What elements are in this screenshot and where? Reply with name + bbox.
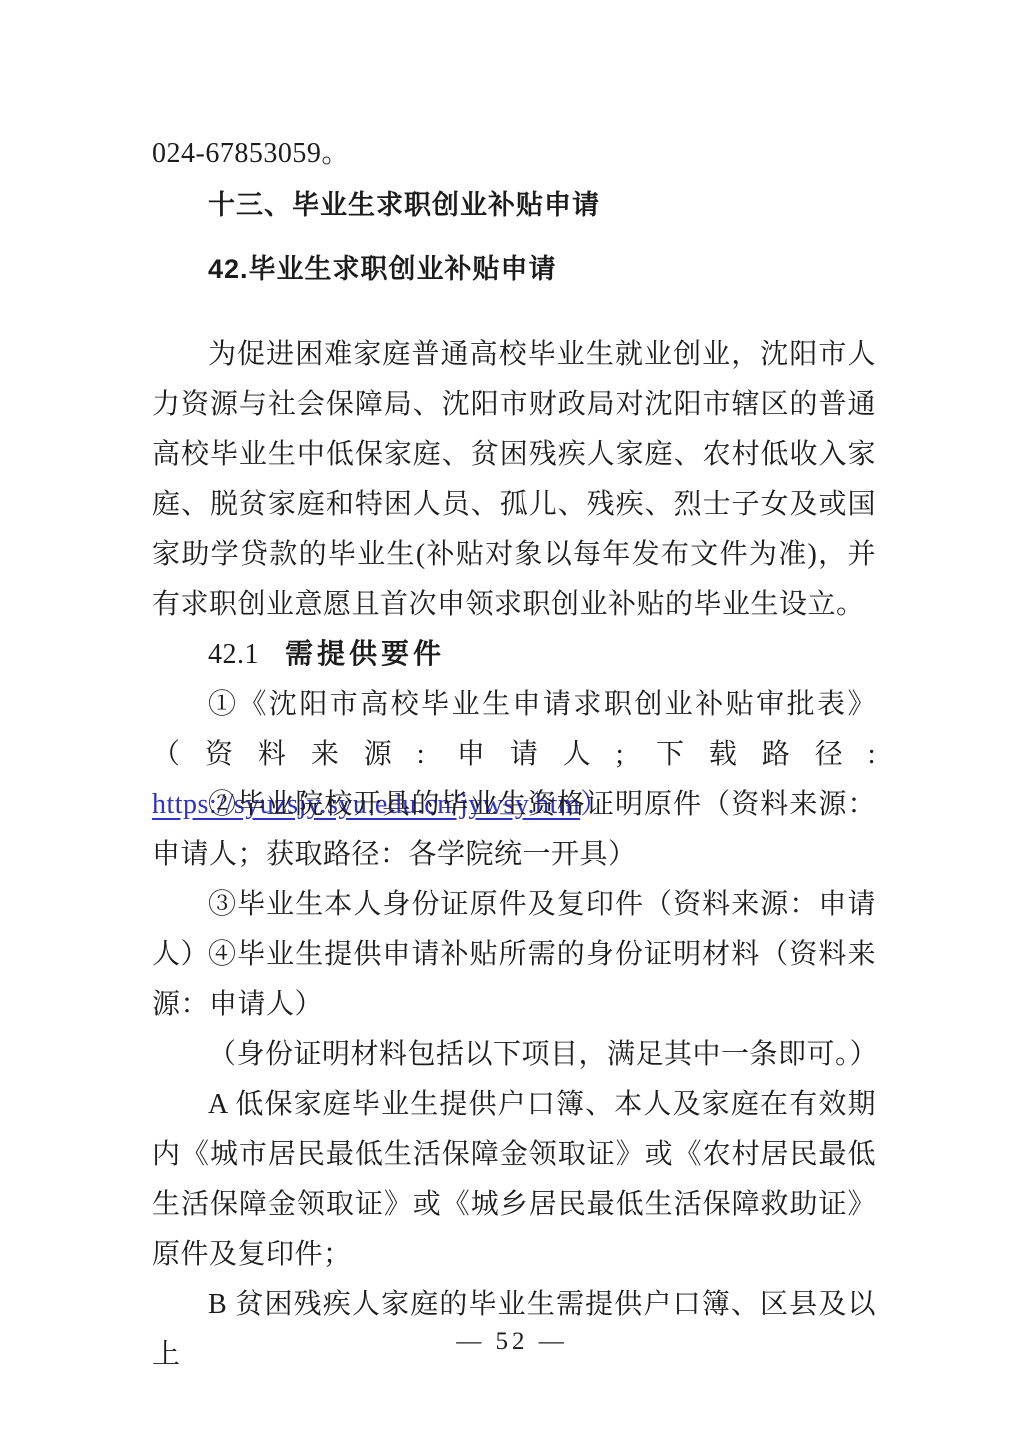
requirement-item-2: ②毕业院校开具的毕业生资格证明原件（资料来源：申请人；获取路径：各学院统一开具） xyxy=(152,780,876,880)
requirement-item-4: ④毕业生提供申请补贴所需的身份证明材料（资料来源：申请人） xyxy=(152,930,876,1030)
page-number: — 52 — xyxy=(0,1322,1024,1362)
document-page: 024-67853059。 十三、毕业生求职创业补贴申请 42.毕业生求职创业补… xyxy=(0,0,1024,1448)
intro-paragraph: 为促进困难家庭普通高校毕业生就业创业，沈阳市人力资源与社会保障局、沈阳市财政局对… xyxy=(152,330,876,630)
phone-line: 024-67853059。 xyxy=(152,129,876,179)
subsection-number: 42.1 xyxy=(208,639,259,670)
article-heading: 42.毕业生求职创业补贴申请 xyxy=(152,244,932,294)
requirement-1-text: ①《沈阳市高校毕业生申请求职创业补贴审批表》（资料来源: 申请人; 下载路径: xyxy=(152,689,876,770)
note-line: （身份证明材料包括以下项目，满足其中一条即可。） xyxy=(152,1030,876,1080)
chapter-heading: 十三、毕业生求职创业补贴申请 xyxy=(152,180,932,230)
subsection-title: 需提供要件 xyxy=(285,639,445,670)
item-a-paragraph: A 低保家庭毕业生提供户口簿、本人及家庭在有效期内《城市居民最低生活保障金领取证… xyxy=(152,1080,876,1280)
subsection-heading: 42.1需提供要件 xyxy=(152,630,932,680)
